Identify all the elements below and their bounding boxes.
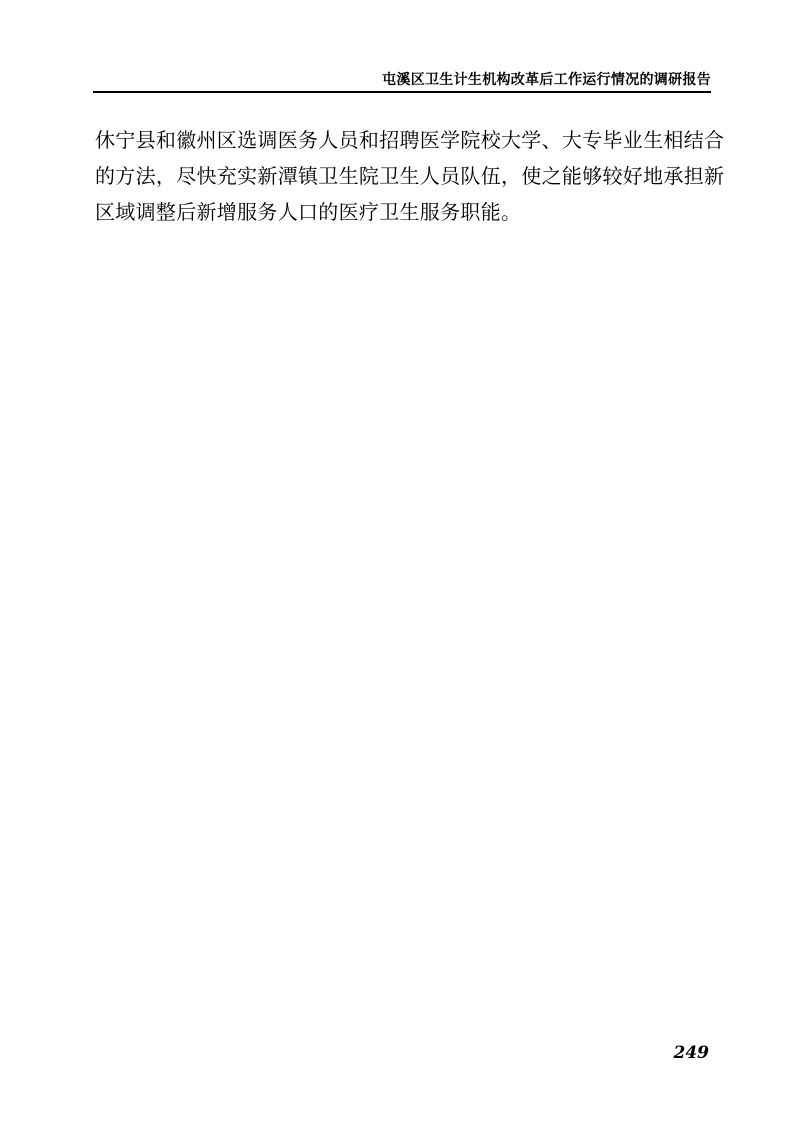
header-divider [93,91,711,93]
body-line: 的方法，尽快充实新潭镇卫生院卫生人员队伍，使之能够较好地承担新 [95,158,715,194]
body-paragraph: 休宁县和徽州区选调医务人员和招聘医学院校大学、大专毕业生相结合 的方法，尽快充实… [95,122,715,230]
page-number: 249 [674,1043,710,1063]
body-line: 休宁县和徽州区选调医务人员和招聘医学院校大学、大专毕业生相结合 [95,122,715,158]
running-header-title: 屯溪区卫生计生机构改革后工作运行情况的调研报告 [382,69,711,89]
body-line: 区域调整后新增服务人口的医疗卫生服务职能。 [95,194,715,230]
